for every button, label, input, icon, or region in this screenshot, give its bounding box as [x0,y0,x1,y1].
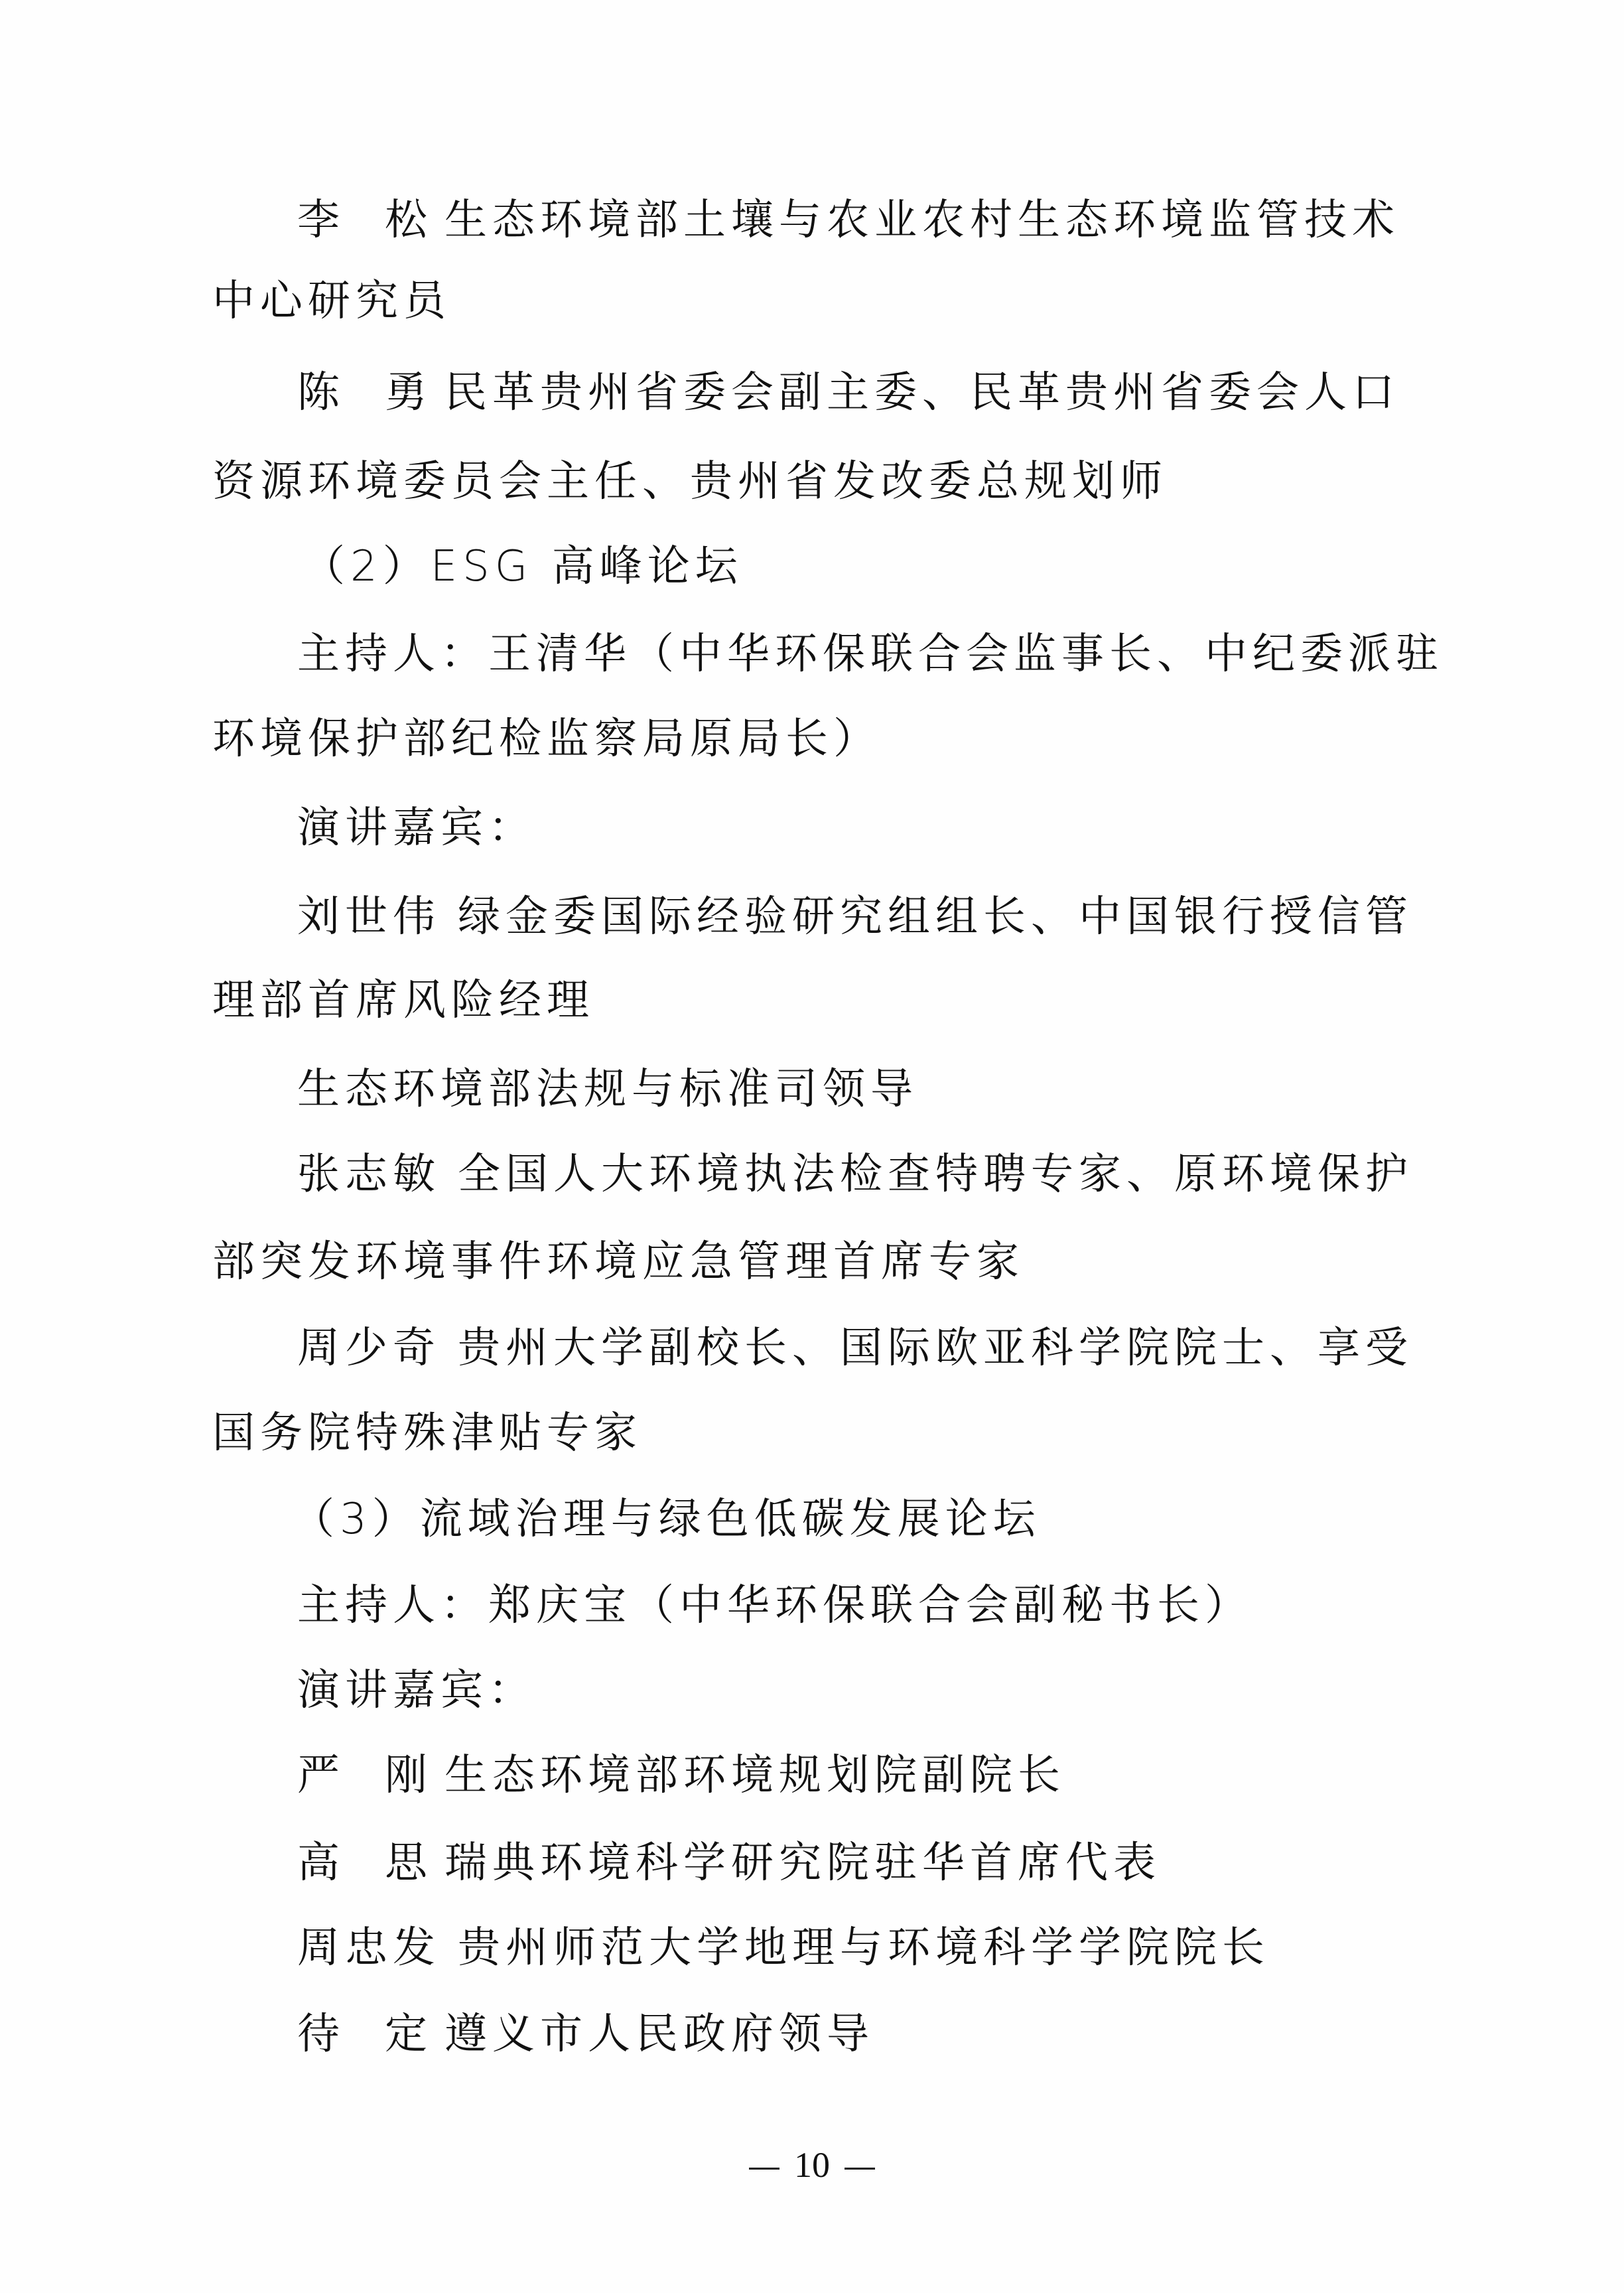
speaker-entry-line: 周少奇贵州大学副校长、国际欧亚科学院院士、享受 [297,1322,1413,1375]
speaker-name: 张志敏 [297,1148,440,1201]
speaker-title-continuation: 部突发环境事件环境应急管理首席专家 [212,1235,1024,1288]
dash-right [845,2168,875,2170]
page-number-value: 10 [794,2145,830,2185]
dash-left [749,2168,779,2170]
speaker-title: 生态环境部环境规划院副院长 [444,1751,1065,1800]
speaker-title: 贵州师范大学地理与环境科学学院院长 [458,1923,1270,1973]
speaker-name: 陈 勇 [297,366,427,419]
speaker-entry-line: 生态环境部法规与标准司领导 [297,1063,918,1116]
speakers-label: 演讲嘉宾： [297,1664,536,1717]
document-page: 李 松生态环境部土壤与农业农村生态环境监管技术 中心研究员 陈 勇民革贵州省委会… [0,0,1624,2293]
speaker-entry-line: 张志敏全国人大环境执法检查特聘专家、原环境保护 [297,1148,1413,1201]
speaker-title-continuation: 国务院特殊津贴专家 [212,1407,642,1460]
speaker-entry-line: 周忠发贵州师范大学地理与环境科学学院院长 [297,1921,1270,1975]
host-line: 主持人：王清华（中华环保联合会监事长、中纪委派驻 [297,628,1444,681]
speaker-title: 生态环境部土壤与农业农村生态环境监管技术 [444,196,1400,245]
page-number: 10 [0,2142,1624,2188]
speaker-title-continuation: 中心研究员 [212,275,451,328]
speaker-name: 严 刚 [297,1749,427,1802]
speaker-name: 待 定 [297,2008,427,2061]
speaker-name: 高 思 [297,1837,427,1890]
section-heading: （2）ESG 高峰论坛 [303,540,743,593]
section-heading: （3）流域治理与绿色低碳发展论坛 [292,1493,1041,1546]
host-line-continuation: 环境保护部纪检监察局原局长） [212,713,881,766]
speaker-title-continuation: 理部首席风险经理 [212,974,594,1027]
speaker-name: 周忠发 [297,1921,440,1975]
speaker-entry-line: 李 松生态环境部土壤与农业农村生态环境监管技术 [297,194,1400,247]
speaker-name: 刘世伟 [297,890,440,943]
speaker-name: 李 松 [297,194,427,247]
speaker-entry-line: 陈 勇民革贵州省委会副主委、民革贵州省委会人口 [297,366,1400,419]
speaker-title: 遵义市人民政府领导 [444,2010,874,2059]
speaker-title: 全国人大环境执法检查特聘专家、原环境保护 [458,1150,1413,1199]
speaker-entry-line: 高 思瑞典环境科学研究院驻华首席代表 [297,1837,1161,1890]
speaker-title: 民革贵州省委会副主委、民革贵州省委会人口 [444,368,1400,417]
speaker-entry-line: 刘世伟绿金委国际经验研究组组长、中国银行授信管 [297,890,1413,943]
speaker-entry-line: 严 刚生态环境部环境规划院副院长 [297,1749,1065,1802]
speaker-name: 周少奇 [297,1322,440,1375]
speaker-title: 贵州大学副校长、国际欧亚科学院院士、享受 [458,1324,1413,1373]
speaker-title-continuation: 资源环境委员会主任、贵州省发改委总规划师 [212,455,1168,508]
host-line: 主持人：郑庆宝（中华环保联合会副秘书长） [297,1579,1252,1632]
speaker-entry-line: 待 定遵义市人民政府领导 [297,2008,874,2061]
speaker-title: 瑞典环境科学研究院驻华首席代表 [444,1839,1161,1888]
speakers-label: 演讲嘉宾： [297,801,536,855]
speaker-title: 绿金委国际经验研究组组长、中国银行授信管 [458,892,1413,941]
